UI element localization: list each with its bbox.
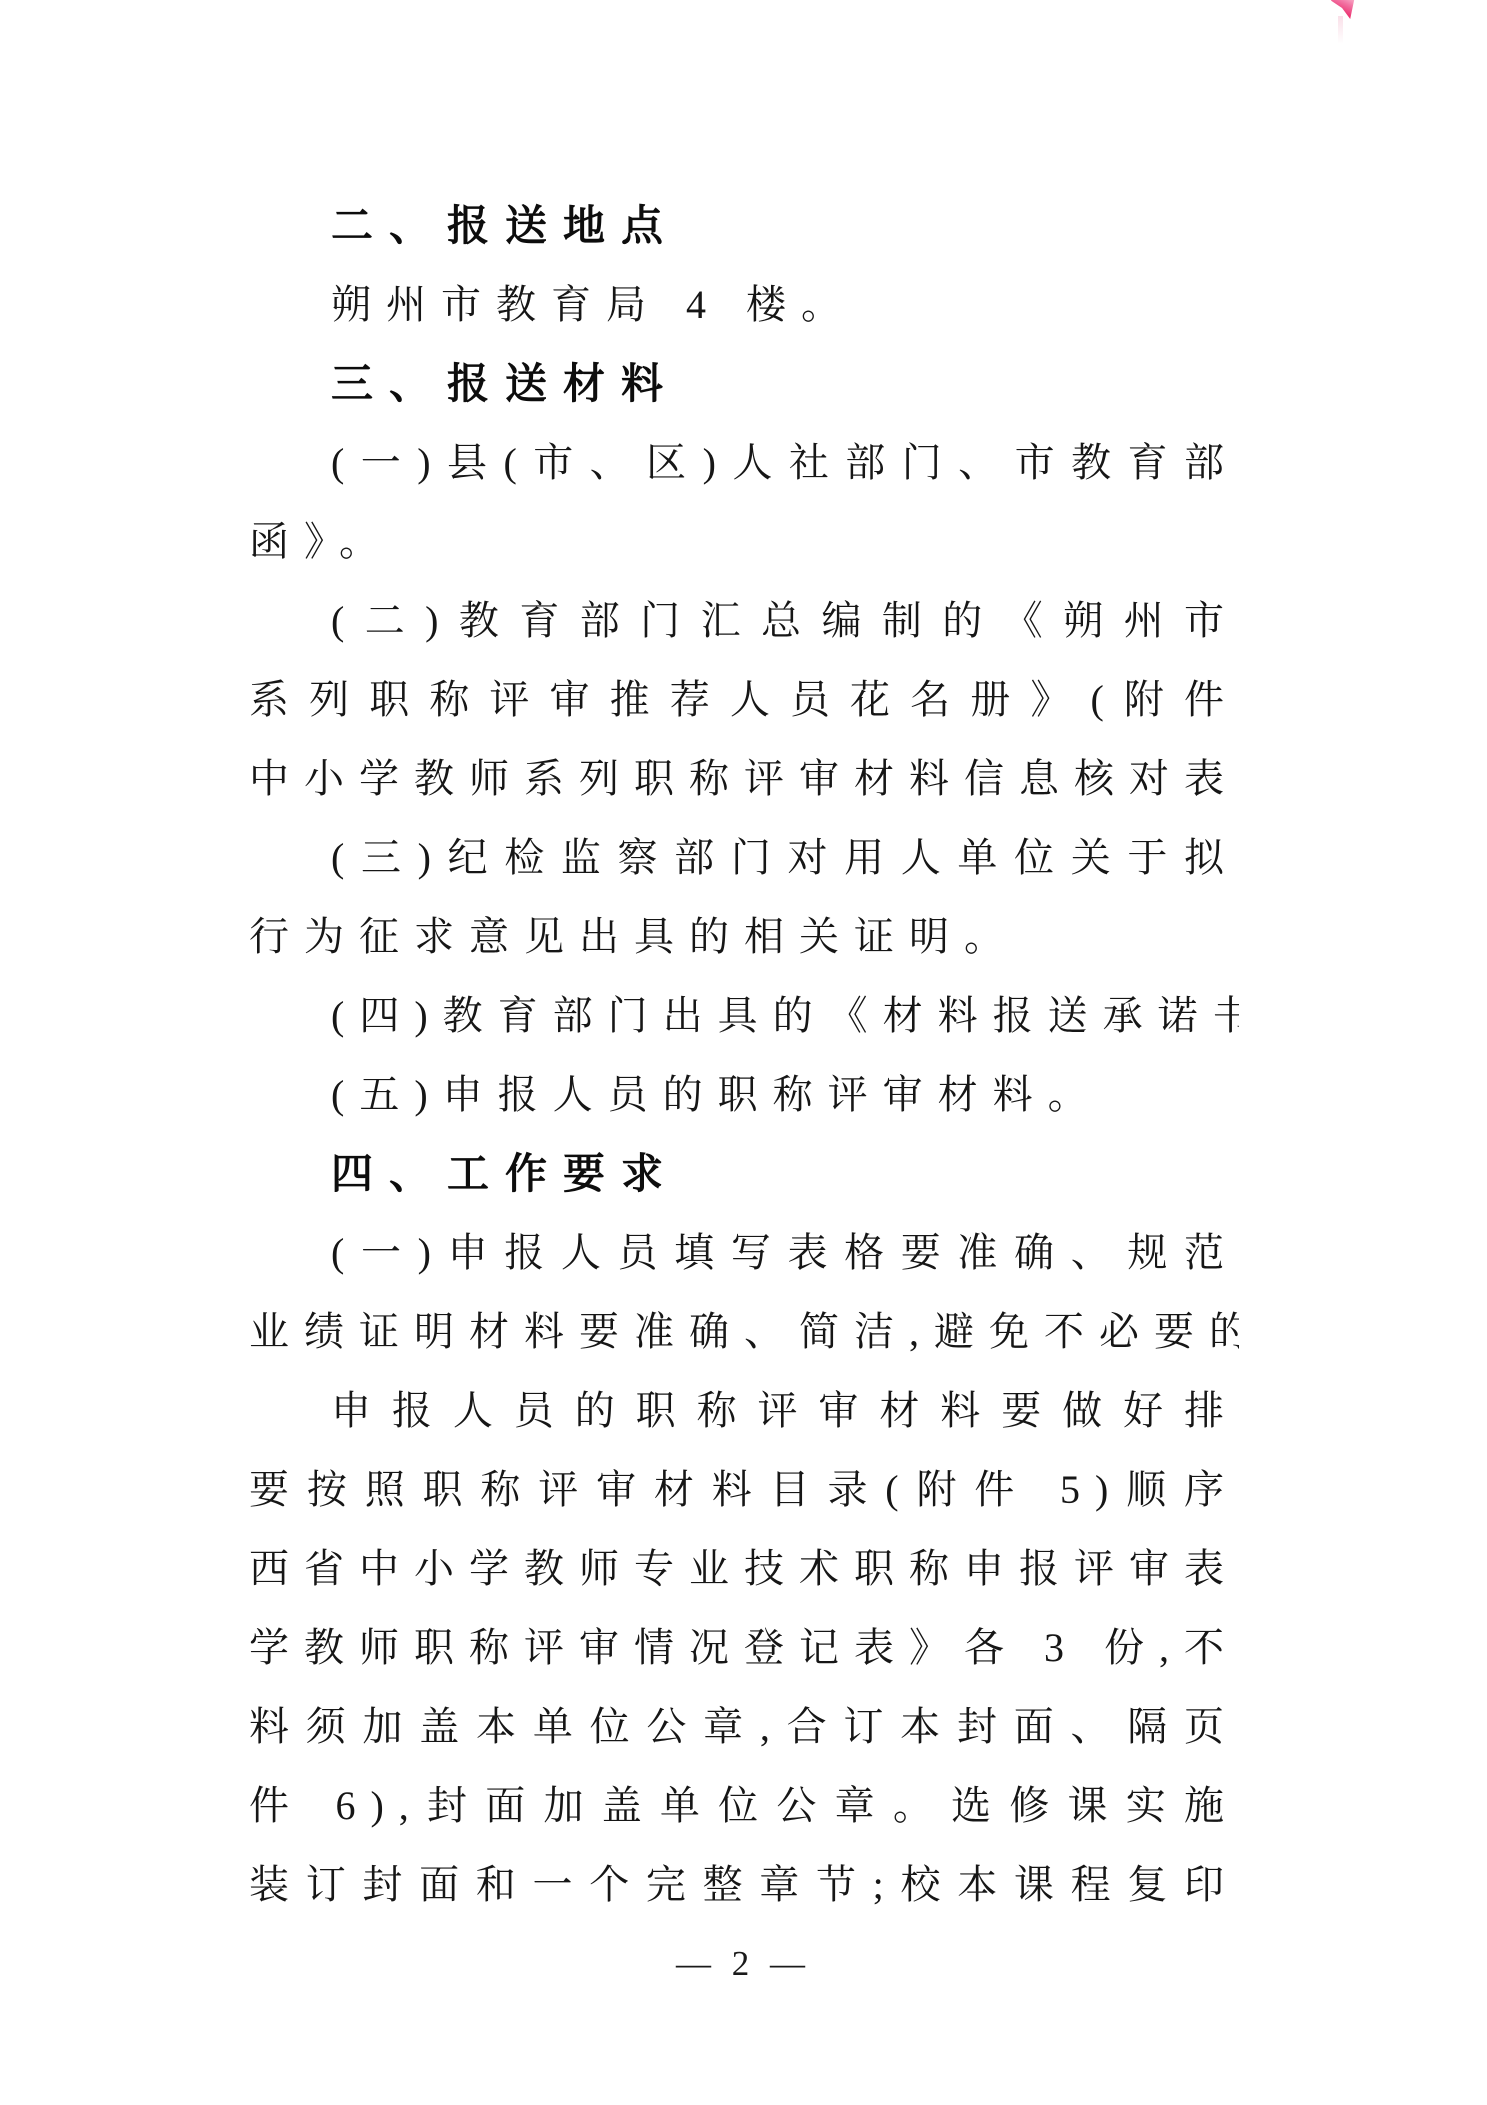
section-heading: 二、报送地点 — [249, 186, 1239, 265]
text-line: 料须加盖本单位公章,合订本封面、隔页按照统一格式制作(附 — [249, 1687, 1239, 1766]
section-heading: 四、工作要求 — [249, 1134, 1239, 1213]
text-line: (四)教育部门出具的《材料报送承诺书》(附件 4)。 — [249, 976, 1239, 1055]
text-line: 要按照职称评审材料目录(附件 5)顺序合订成册统一上报(《山 — [249, 1450, 1239, 1529]
text-line: 学教师职称评审情况登记表》各 3 份,不装订)。所有复印件材 — [249, 1608, 1239, 1687]
text-line: (二)教育部门汇总编制的《朔州市 2024 年度中小学教师 — [249, 581, 1239, 660]
text-line: (一)县(市、区)人社部门、市教育部门出具的《推荐 — [249, 423, 1239, 502]
pink-scan-mark — [1331, 0, 1355, 19]
text-line: 西省中小学教师专业技术职称申报评审表(2024 版)》、《中小 — [249, 1529, 1239, 1608]
text-line: 行为征求意见出具的相关证明。 — [249, 897, 1239, 976]
text-line: 函》。 — [249, 502, 1239, 581]
text-line: (三)纪检监察部门对用人单位关于拟推荐人员违规违纪 — [249, 818, 1239, 897]
text-line: 系列职称评审推荐人员花名册》(附件 2)、《朔州市 2024 年度 — [249, 660, 1239, 739]
text-line: (五)申报人员的职称评审材料。 — [249, 1055, 1239, 1134]
text-line: (一)申报人员填写表格要准确、规范和全面。所提供的 — [249, 1213, 1239, 1292]
text-line: 件 6),封面加盖单位公章。选修课实施方案、教材、教案复印 — [249, 1766, 1239, 1845]
text-line: 中小学教师系列职称评审材料信息核对表》(附件 3)。 — [249, 739, 1239, 818]
text-line: 业绩证明材料要准确、简洁,避免不必要的重复、多余。 — [249, 1292, 1239, 1371]
text-line: 装订封面和一个完整章节;校本课程复印装订规划方案、纲要、 — [249, 1845, 1239, 1924]
page-number: — 2 — — [676, 1944, 811, 1983]
document-page: 二、报送地点朔州市教育局 4 楼。三、报送材料(一)县(市、区)人社部门、市教育… — [0, 0, 1487, 2105]
page-footer: — 2 — — [0, 1938, 1487, 1990]
section-heading: 三、报送材料 — [249, 344, 1239, 423]
document-body: 二、报送地点朔州市教育局 4 楼。三、报送材料(一)县(市、区)人社部门、市教育… — [249, 186, 1239, 1924]
text-line: 朔州市教育局 4 楼。 — [249, 265, 1239, 344]
scan-streak-artifact — [1338, 16, 1343, 44]
text-line: 申报人员的职称评审材料要做好排序、装订和装盒工作。 — [249, 1371, 1239, 1450]
